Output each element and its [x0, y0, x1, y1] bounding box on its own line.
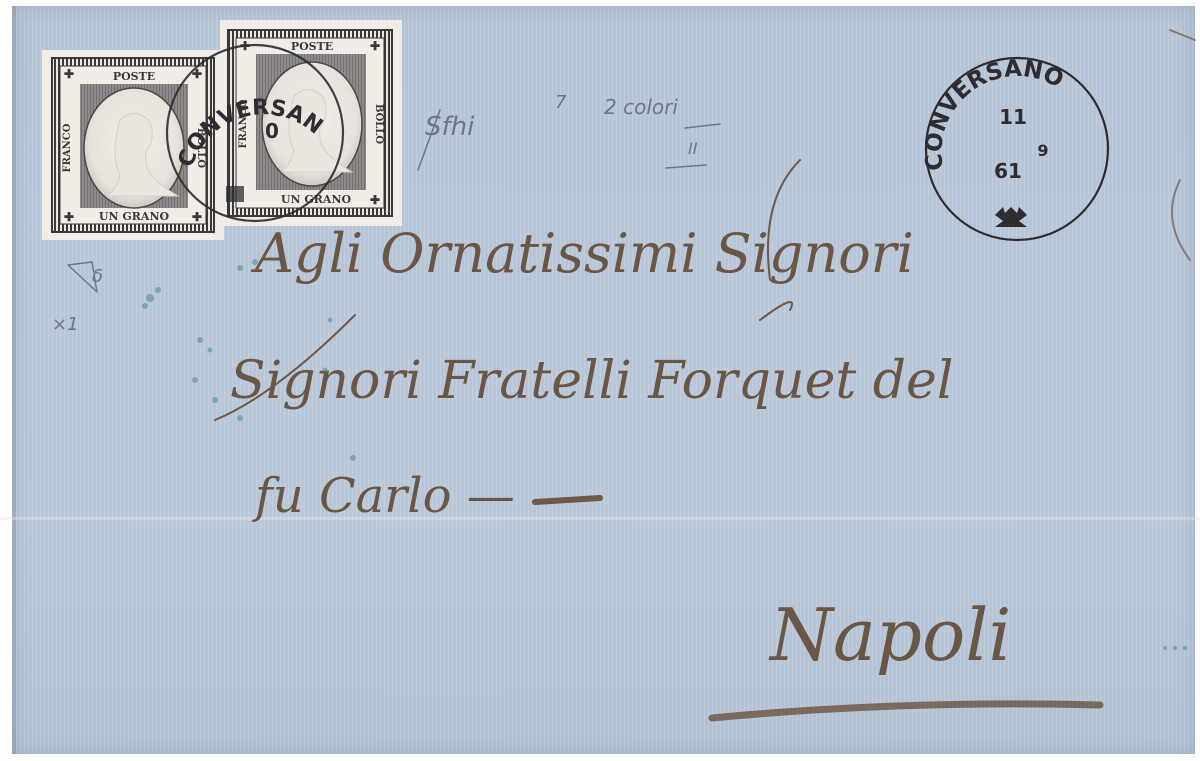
postmark-main-year: 61 [994, 159, 1022, 183]
postmark-main-month: 9 [1037, 141, 1048, 160]
pencil-note-3: 2 colori [604, 95, 678, 119]
postmark-main: CONVERSANO 11 9 61 [921, 56, 1108, 240]
postmark-star-ornament-icon [995, 207, 1027, 227]
stamp-1-bottom-label: UN GRANO [99, 210, 170, 223]
stamp-2-corner-cross-icon: ✚ [370, 39, 380, 53]
stamp-2-corner-cross-icon: ✚ [370, 193, 380, 207]
stamp-1-corner-cross-icon: ✚ [64, 67, 74, 81]
pencil-margin-2: ×1 [52, 314, 79, 335]
cover-artwork: POSTE FRANCO BOLLO UN GRANO ✚ ✚ ✚ ✚ POST… [0, 0, 1200, 761]
address-line-2: Signori Fratelli Forquet del [230, 351, 953, 411]
pencil-note-2: 7 [555, 92, 567, 113]
address-line-3: fu Carlo — [252, 468, 515, 524]
address-line-1: Agli Ornatissimi Signori [250, 222, 914, 285]
postmark-ornament-icon [226, 186, 244, 202]
stamp-1-top-label: POSTE [113, 70, 155, 83]
stamp-1-left-label: FRANCO [62, 123, 73, 172]
postmark-main-day: 11 [999, 105, 1027, 129]
pencil-note-4: II [688, 139, 698, 158]
pencil-margin-1: δ [92, 266, 103, 287]
faded-cancellation-marks [142, 259, 1187, 650]
address-city: Napoli [768, 593, 1011, 677]
stamp-1-corner-cross-icon: ✚ [192, 210, 202, 224]
postmark-on-stamps-center: 0 [265, 119, 279, 143]
stamp-1-corner-cross-icon: ✚ [64, 210, 74, 224]
stamp-2-right-label: BOLLO [373, 104, 384, 144]
pencil-note-1: Sfhi [425, 112, 475, 142]
stamp-2-top-label: POSTE [291, 40, 333, 53]
